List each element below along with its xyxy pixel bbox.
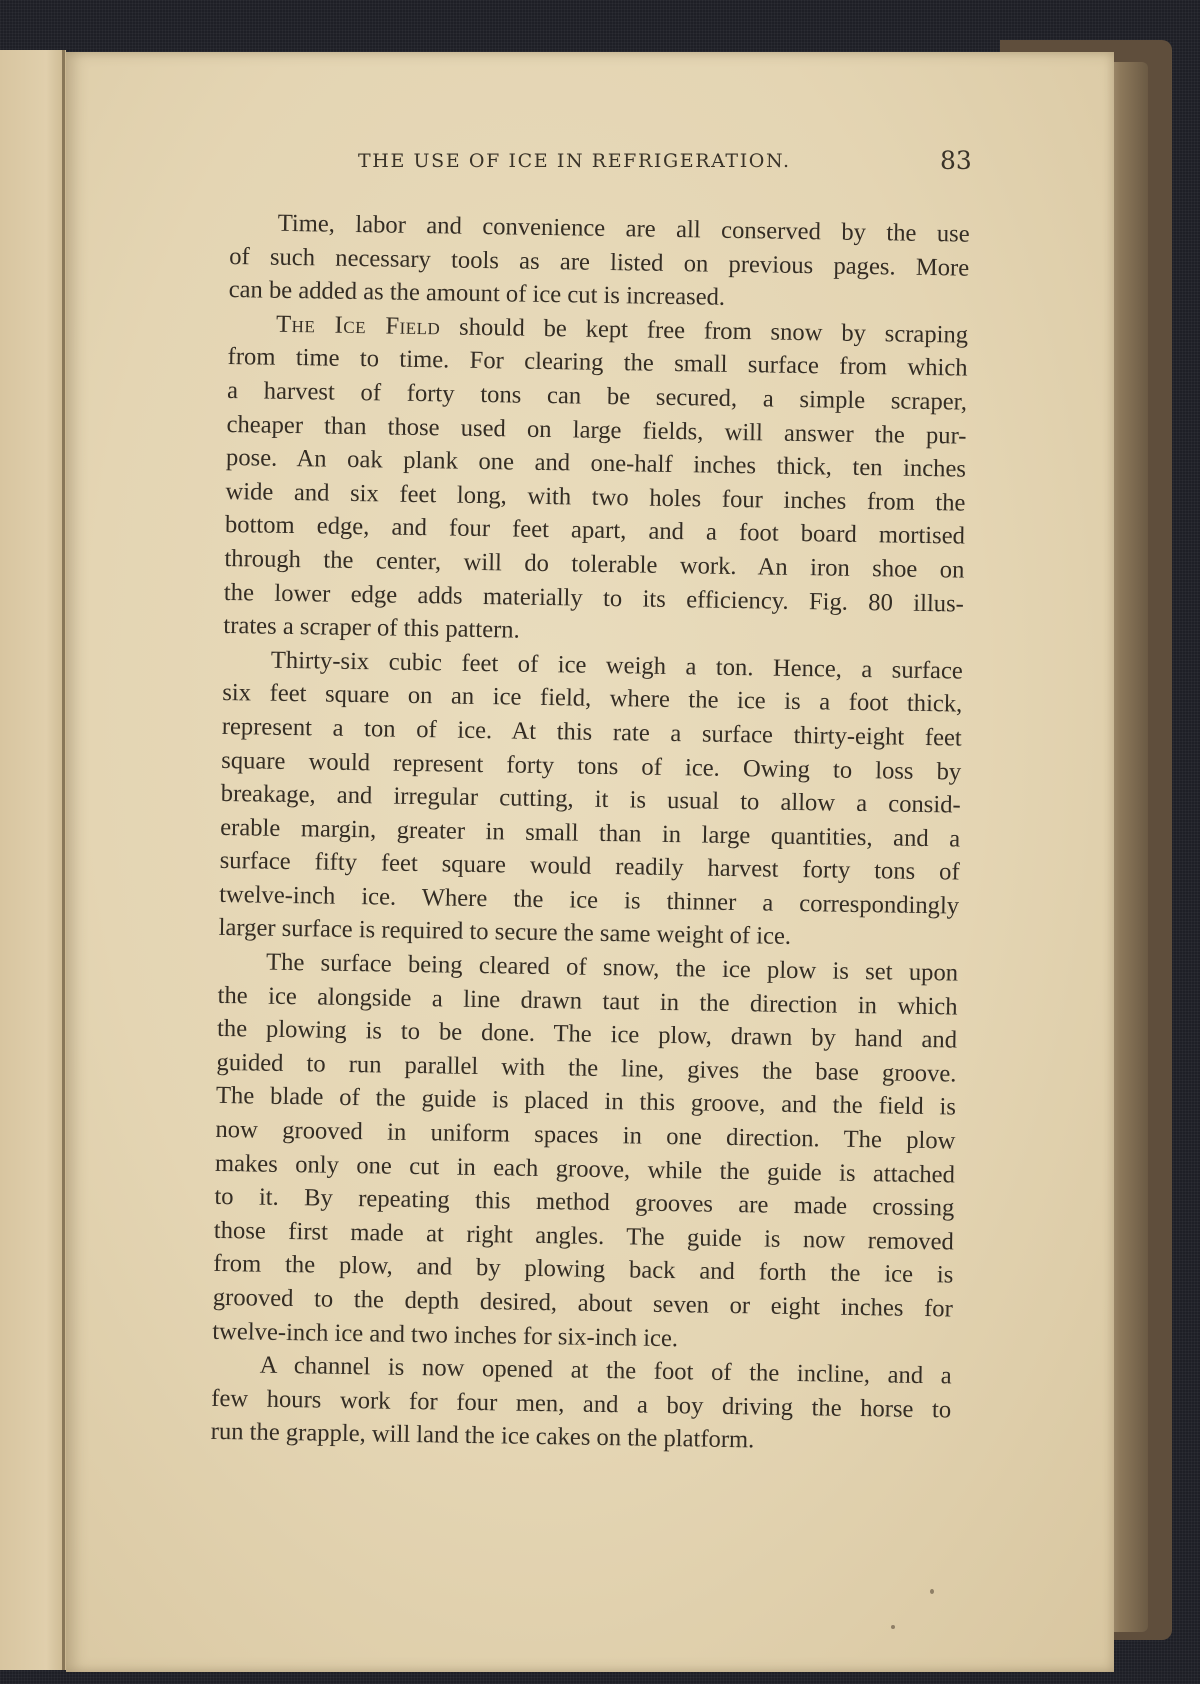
section-lead-in: The Ice Field bbox=[276, 311, 441, 341]
paragraph: A channel is now opened at the foot of t… bbox=[210, 1348, 951, 1460]
page-body-text: Time, labor and convenience are all cons… bbox=[210, 206, 969, 1460]
paragraph: The surface being cleared of snow, the i… bbox=[212, 945, 958, 1360]
paragraph: Time, labor and convenience are all cons… bbox=[228, 206, 969, 318]
page-number: 83 bbox=[940, 146, 972, 175]
paragraph: Thirty-six cubic feet of ice weigh a ton… bbox=[218, 643, 963, 957]
page-gutter bbox=[62, 50, 65, 1670]
text-line-rest: should be kept free from snow by scrapin… bbox=[440, 313, 968, 348]
paper-speck bbox=[891, 1625, 895, 1629]
facing-page-edge bbox=[0, 50, 66, 1670]
paper-speck bbox=[930, 1589, 934, 1594]
paragraph: The Ice Field should be kept free from s… bbox=[223, 307, 968, 655]
running-head: THE USE OF ICE IN REFRIGERATION. bbox=[358, 150, 958, 172]
